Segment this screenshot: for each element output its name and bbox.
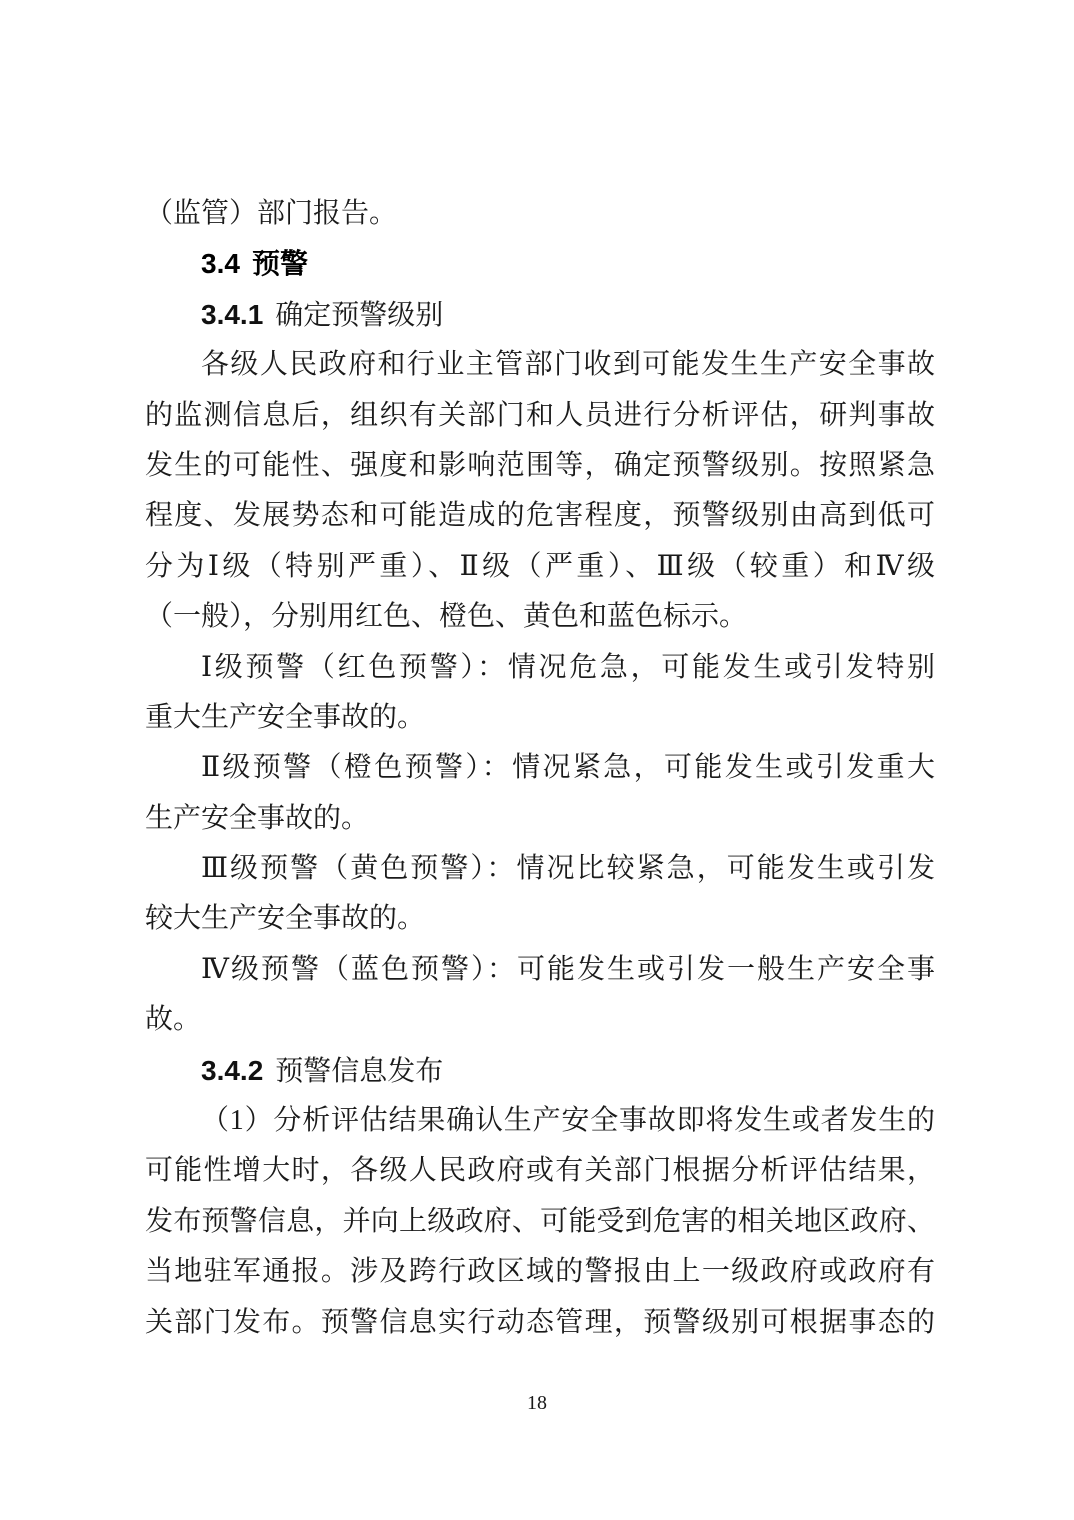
- body-text-line: 程度、发展势态和可能造成的危害程度，预警级别由高到低可: [145, 491, 935, 541]
- paragraph-continuation-line: （监管）部门报告。: [145, 189, 935, 239]
- document-page: （监管）部门报告。 3.4预警 3.4.1确定预警级别 各级人民政府和行业主管部…: [0, 0, 1074, 1520]
- body-text-line: 生产安全事故的。: [145, 794, 935, 844]
- body-text-line: 各级人民政府和行业主管部门收到可能发生生产安全事故: [145, 340, 935, 390]
- body-text-line: 重大生产安全事故的。: [145, 693, 935, 743]
- subsection-number: 3.4.1: [201, 299, 263, 330]
- subsection-title: 预警信息发布: [275, 1056, 443, 1087]
- body-text-line: 关部门发布。预警信息实行动态管理，预警级别可根据事态的: [145, 1298, 935, 1348]
- section-heading-3-4: 3.4预警: [145, 239, 935, 289]
- warning-level-1-line: Ⅰ级预警（红色预警）：情况危急，可能发生或引发特别: [145, 643, 935, 693]
- body-text-line: 的监测信息后，组织有关部门和人员进行分析评估，研判事故: [145, 391, 935, 441]
- body-text-line: 发生的可能性、强度和影响范围等，确定预警级别。按照紧急: [145, 441, 935, 491]
- body-text-line: （1）分析评估结果确认生产安全事故即将发生或者发生的: [145, 1096, 935, 1146]
- body-text-line: 可能性增大时，各级人民政府或有关部门根据分析评估结果，: [145, 1146, 935, 1196]
- subsection-heading-3-4-2: 3.4.2预警信息发布: [145, 1046, 935, 1096]
- page-number: 18: [0, 1390, 1074, 1416]
- body-text-line: 分为Ⅰ级（特别严重）、Ⅱ级（严重）、Ⅲ级（较重）和Ⅳ级: [145, 542, 935, 592]
- body-text-line: 发布预警信息，并向上级政府、可能受到危害的相关地区政府、: [145, 1197, 935, 1247]
- warning-level-3-line: Ⅲ级预警（黄色预警）：情况比较紧急，可能发生或引发: [145, 844, 935, 894]
- subsection-heading-3-4-1: 3.4.1确定预警级别: [145, 290, 935, 340]
- document-body: （监管）部门报告。 3.4预警 3.4.1确定预警级别 各级人民政府和行业主管部…: [145, 189, 935, 1348]
- subsection-title: 确定预警级别: [275, 300, 443, 331]
- warning-level-2-line: Ⅱ级预警（橙色预警）：情况紧急，可能发生或引发重大: [145, 743, 935, 793]
- body-text-line: 当地驻军通报。涉及跨行政区域的警报由上一级政府或政府有: [145, 1247, 935, 1297]
- subsection-number: 3.4.2: [201, 1055, 263, 1086]
- body-text-line: （一般），分别用红色、橙色、黄色和蓝色标示。: [145, 592, 935, 642]
- warning-level-4-line: Ⅳ级预警（蓝色预警）：可能发生或引发一般生产安全事: [145, 945, 935, 995]
- body-text-line: 故。: [145, 995, 935, 1045]
- body-text-line: 较大生产安全事故的。: [145, 894, 935, 944]
- section-number: 3.4: [201, 248, 240, 279]
- section-title: 预警: [252, 248, 308, 279]
